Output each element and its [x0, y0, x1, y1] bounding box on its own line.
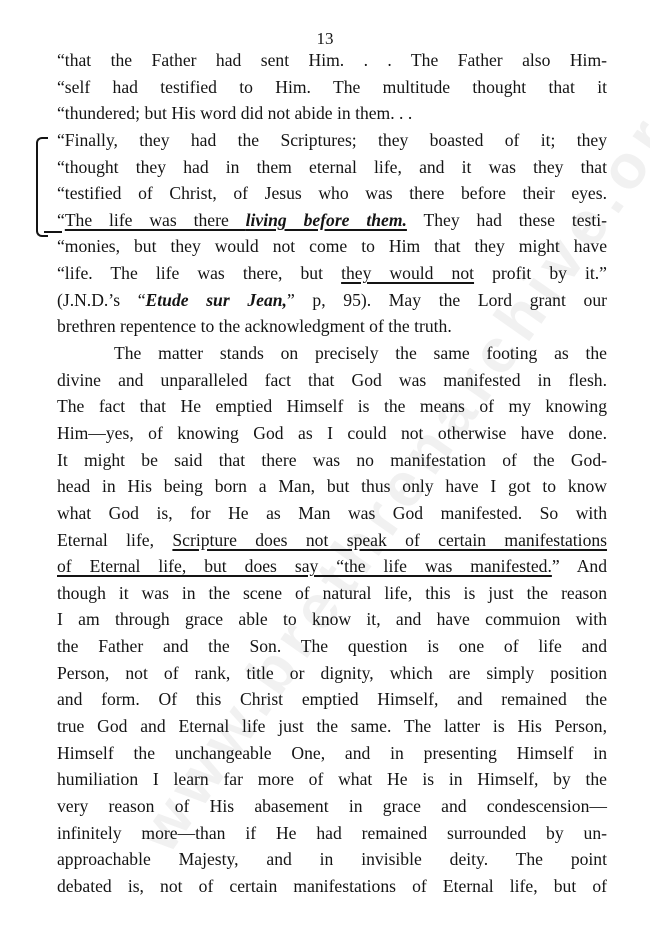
- text-fragment: Eternal life,: [57, 530, 172, 550]
- text-line: “thought they had in them eternal life, …: [57, 154, 607, 181]
- margin-bracket: [36, 137, 48, 237]
- italic-citation: Etude sur Jean,: [146, 290, 287, 310]
- text-line: and form. Of this Christ emptied Himself…: [57, 686, 607, 713]
- text-line: “thundered; but His word did not abide i…: [57, 100, 607, 127]
- text-line: Him—yes, of knowing God as I could not o…: [57, 420, 607, 447]
- text-line: of Eternal life, but does say “the life …: [57, 553, 607, 580]
- text-line: what God is, for He as Man was God manif…: [57, 500, 607, 527]
- text-line: “life. The life was there, but they woul…: [57, 260, 607, 287]
- underlined-text: of Eternal life, but does say “the life …: [57, 556, 552, 576]
- text-line: Eternal life, Scripture does not speak o…: [57, 527, 607, 554]
- text-line: “monies, but they would not come to Him …: [57, 233, 607, 260]
- text-line: Person, not of rank, title or dignity, w…: [57, 660, 607, 687]
- text-fragment: profit by it.”: [474, 263, 607, 283]
- underlined-text: Scripture does not speak of certain mani…: [172, 530, 607, 550]
- text-fragment: ” And: [552, 556, 607, 576]
- page-body: “that the Father had sent Him. . . The F…: [57, 47, 607, 900]
- text-line: It might be said that there was no manif…: [57, 447, 607, 474]
- underlined-italic-text: living before them.: [246, 210, 407, 230]
- text-line: humiliation I learn far more of what He …: [57, 766, 607, 793]
- text-fragment: “: [57, 210, 65, 230]
- text-line: the Father and the Son. The question is …: [57, 633, 607, 660]
- text-fragment: (J.N.D.’s “: [57, 290, 146, 310]
- text-line: very reason of His abasement in grace an…: [57, 793, 607, 820]
- text-line: (J.N.D.’s “Etude sur Jean,” p, 95). May …: [57, 287, 607, 314]
- text-line: infinitely more—than if He had remained …: [57, 820, 607, 847]
- text-line: I am through grace able to know it, and …: [57, 606, 607, 633]
- underlined-text: The life was there: [65, 210, 246, 230]
- page-number: 13: [0, 29, 650, 49]
- text-line: “testified of Christ, of Jesus who was t…: [57, 180, 607, 207]
- text-line: Himself the unchangeable One, and in pre…: [57, 740, 607, 767]
- text-line: “self had testified to Him. The multitud…: [57, 74, 607, 101]
- text-line: debated is, not of certain manifestation…: [57, 873, 607, 900]
- text-fragment: “life. The life was there, but: [57, 263, 341, 283]
- underlined-text: they would not: [341, 263, 474, 283]
- text-fragment: ” p, 95). May the Lord grant our: [287, 290, 607, 310]
- text-fragment: They had these testi-: [407, 210, 607, 230]
- text-line: head in His being born a Man, but thus o…: [57, 473, 607, 500]
- text-line: though it was in the scene of natural li…: [57, 580, 607, 607]
- text-line: “Finally, they had the Scriptures; they …: [57, 127, 607, 154]
- text-line: divine and unparalleled fact that God wa…: [57, 367, 607, 394]
- text-line: approachable Majesty, and in invisible d…: [57, 846, 607, 873]
- text-line: The fact that He emptied Himself is the …: [57, 393, 607, 420]
- text-line: The matter stands on precisely the same …: [57, 340, 607, 367]
- text-line: brethren repentence to the acknowledgmen…: [57, 313, 607, 340]
- text-line: “that the Father had sent Him. . . The F…: [57, 47, 607, 74]
- text-line: true God and Eternal life just the same.…: [57, 713, 607, 740]
- text-line: “The life was there living before them. …: [57, 207, 607, 234]
